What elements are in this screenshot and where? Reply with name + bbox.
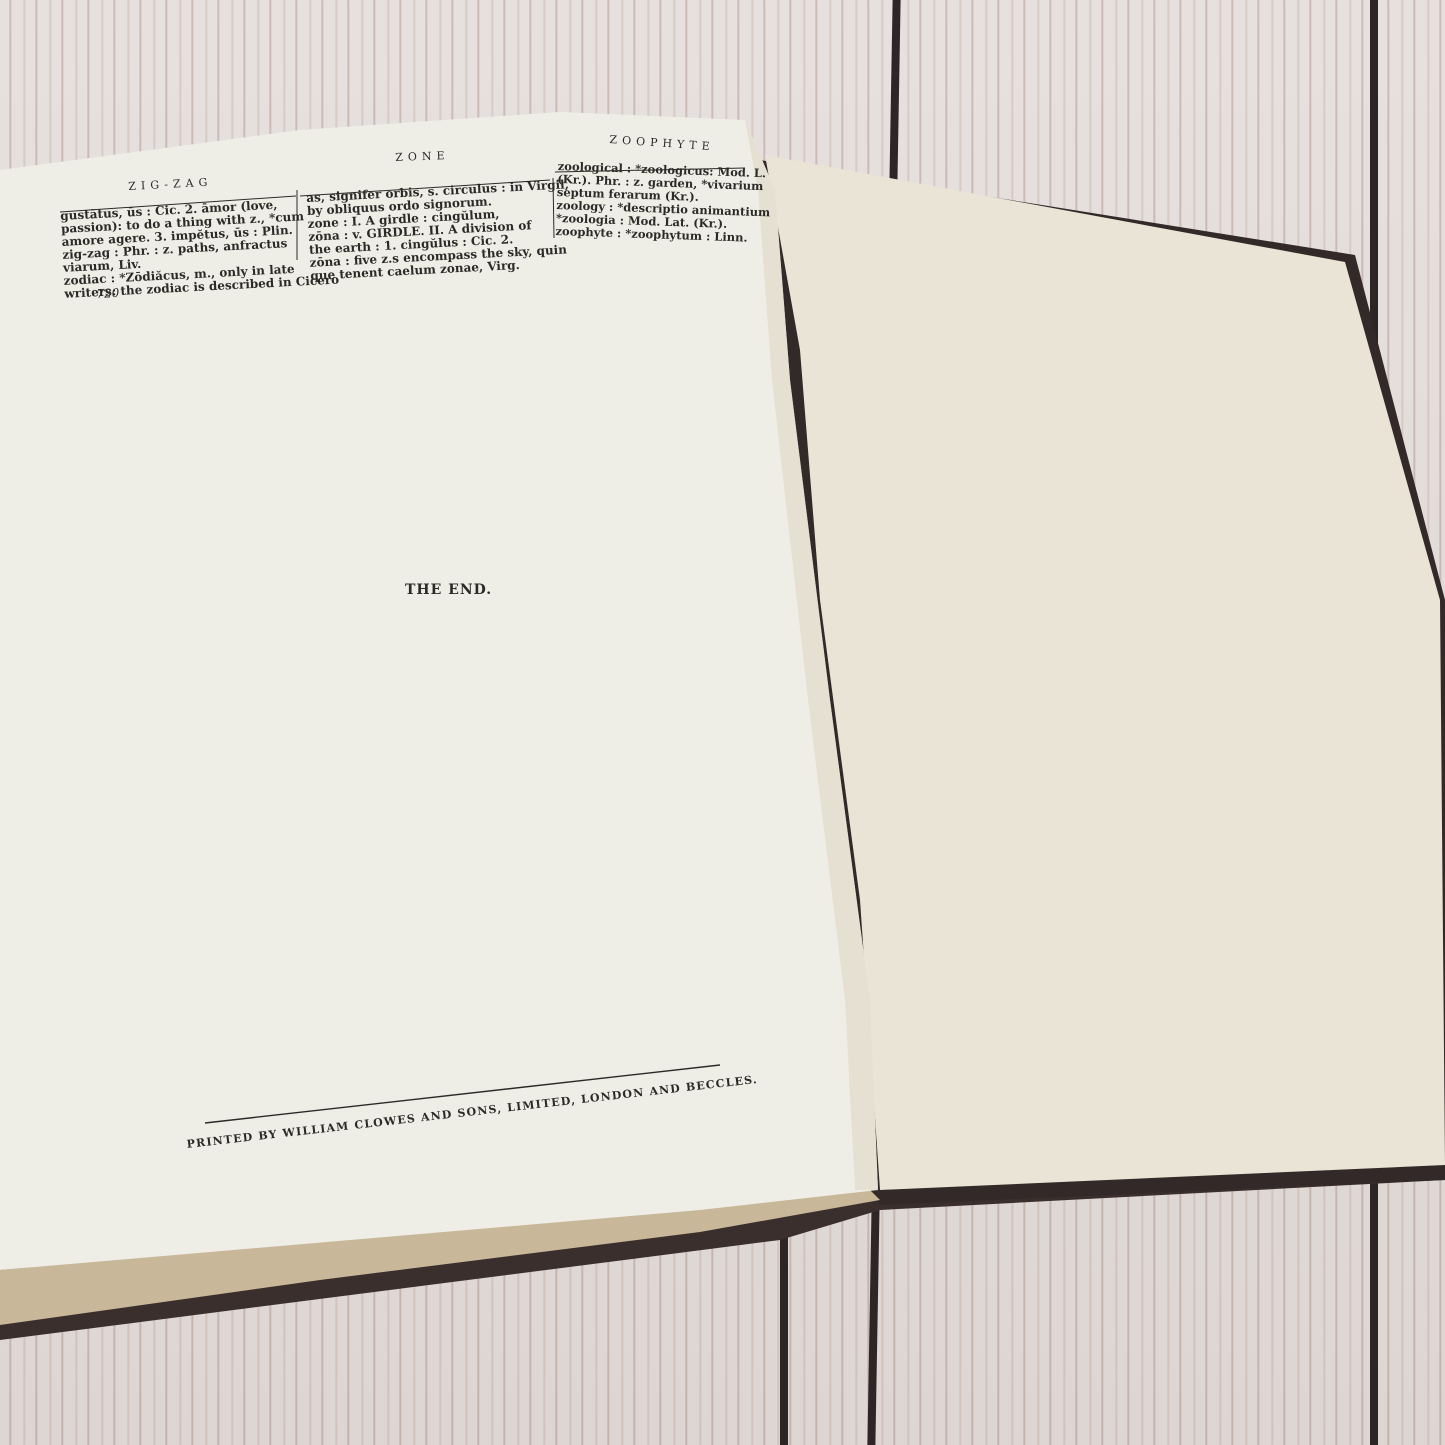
dictionary-column-2: as, signifer orbis, s. circulus : in Vir… [306, 178, 573, 283]
the-end-text: THE END. [405, 582, 492, 598]
dictionary-column-3: zoological : *zoologicus: Mod. L. (Kr.).… [555, 160, 772, 245]
page-number: 720 [96, 286, 120, 301]
running-header-center: ZONE [395, 149, 450, 164]
dictionary-column-1: gustātus, ūs : Cic. 2. āmor (love, passi… [60, 196, 339, 301]
